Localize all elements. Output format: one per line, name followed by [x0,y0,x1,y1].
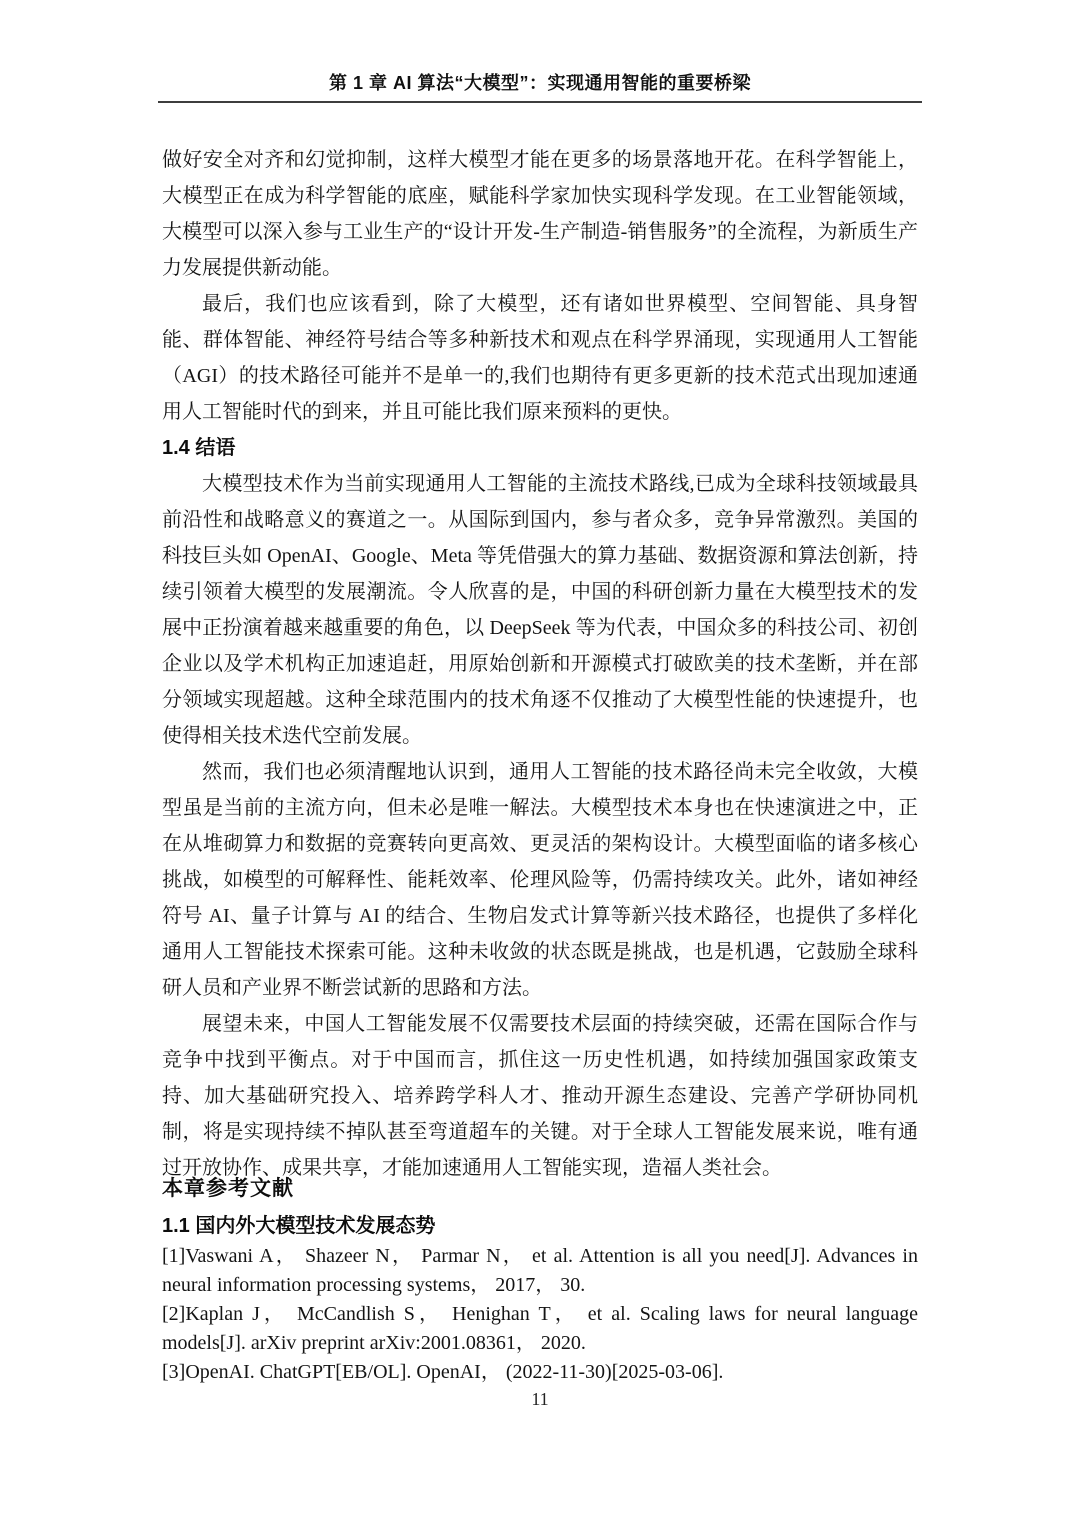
document-page: 第 1 章 AI 算法“大模型”：实现通用智能的重要桥梁 做好安全对齐和幻觉抑制… [0,0,1080,1528]
body-text: 做好安全对齐和幻觉抑制，这样大模型才能在更多的场景落地开花。在科学智能上，大模型… [162,142,918,1186]
paragraph: 然而，我们也必须清醒地认识到，通用人工智能的技术路径尚未完全收敛，大模型虽是当前… [162,754,918,1006]
section-heading-1-4: 1.4 结语 [162,430,918,466]
running-header: 第 1 章 AI 算法“大模型”：实现通用智能的重要桥梁 [158,72,922,103]
page-number: 11 [0,1388,1080,1410]
reference-item: [2]Kaplan J， McCandlish S， Henighan T， e… [162,1300,918,1358]
references-section: 本章参考文献 1.1 国内外大模型技术发展态势 [1]Vaswani A， Sh… [162,1176,918,1387]
references-subheading: 1.1 国内外大模型技术发展态势 [162,1214,918,1238]
references-heading: 本章参考文献 [162,1176,918,1202]
reference-item: [3]OpenAI. ChatGPT[EB/OL]. OpenAI， (2022… [162,1358,918,1387]
paragraph: 大模型技术作为当前实现通用人工智能的主流技术路线,已成为全球科技领域最具前沿性和… [162,466,918,754]
paragraph: 展望未来，中国人工智能发展不仅需要技术层面的持续突破，还需在国际合作与竞争中找到… [162,1006,918,1186]
chapter-header-title: 第 1 章 AI 算法“大模型”：实现通用智能的重要桥梁 [158,72,922,94]
reference-item: [1]Vaswani A， Shazeer N， Parmar N， et al… [162,1242,918,1300]
paragraph: 最后，我们也应该看到，除了大模型，还有诸如世界模型、空间智能、具身智能、群体智能… [162,286,918,430]
paragraph-continuation: 做好安全对齐和幻觉抑制，这样大模型才能在更多的场景落地开花。在科学智能上，大模型… [162,142,918,286]
